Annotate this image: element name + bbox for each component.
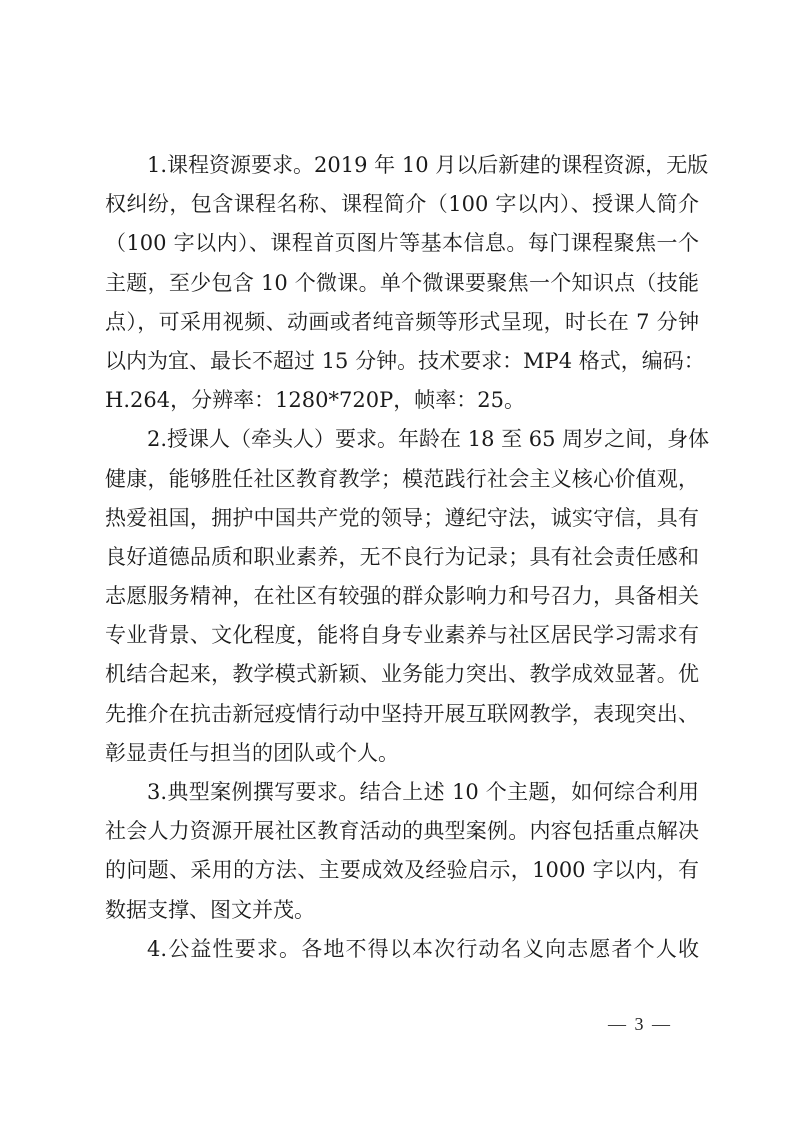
paragraph-course-resource-requirements: 1.课程资源要求。2019 年 10 月以后新建的课程资源，无版 权纠纷，包含课… bbox=[105, 146, 699, 420]
document-body: 1.课程资源要求。2019 年 10 月以后新建的课程资源，无版 权纠纷，包含课… bbox=[105, 146, 699, 969]
text-line: 权纠纷，包含课程名称、课程简介（100 字以内）、授课人简介 bbox=[105, 185, 699, 224]
paragraph-case-writing-requirements: 3.典型案例撰写要求。结合上述 10 个主题，如何综合利用 社会人力资源开展社区… bbox=[105, 773, 699, 930]
text-line: 社会人力资源开展社区教育活动的典型案例。内容包括重点解决 bbox=[105, 812, 699, 851]
text-line: 主题，至少包含 10 个微课。单个微课要聚焦一个知识点（技能 bbox=[105, 264, 699, 303]
paragraph-instructor-requirements: 2.授课人（牵头人）要求。年龄在 18 至 65 周岁之间，身体 健康，能够胜任… bbox=[105, 420, 699, 773]
text-line: 数据支撑、图文并茂。 bbox=[105, 891, 699, 930]
text-line: 健康，能够胜任社区教育教学；模范践行社会主义核心价值观， bbox=[105, 460, 699, 499]
text-line: 点），可采用视频、动画或者纯音频等形式呈现，时长在 7 分钟 bbox=[105, 303, 699, 342]
text-line: 机结合起来，教学模式新颖、业务能力突出、教学成效显著。优 bbox=[105, 655, 699, 694]
text-line: 1.课程资源要求。2019 年 10 月以后新建的课程资源，无版 bbox=[105, 146, 699, 185]
text-line: 彰显责任与担当的团队或个人。 bbox=[105, 734, 699, 773]
page-number: — 3 — bbox=[608, 1014, 672, 1035]
text-line: 热爱祖国，拥护中国共产党的领导；遵纪守法，诚实守信，具有 bbox=[105, 499, 699, 538]
paragraph-public-welfare-requirements: 4.公益性要求。各地不得以本次行动名义向志愿者个人收 bbox=[105, 930, 699, 969]
text-line: 2.授课人（牵头人）要求。年龄在 18 至 65 周岁之间，身体 bbox=[105, 420, 699, 459]
text-line: （100 字以内）、课程首页图片等基本信息。每门课程聚焦一个 bbox=[105, 224, 699, 263]
text-line: 先推介在抗击新冠疫情行动中坚持开展互联网教学，表现突出、 bbox=[105, 695, 699, 734]
text-line: 3.典型案例撰写要求。结合上述 10 个主题，如何综合利用 bbox=[105, 773, 699, 812]
text-line: 志愿服务精神，在社区有较强的群众影响力和号召力，具备相关 bbox=[105, 577, 699, 616]
text-line: 的问题、采用的方法、主要成效及经验启示，1000 字以内，有 bbox=[105, 851, 699, 890]
document-page: 1.课程资源要求。2019 年 10 月以后新建的课程资源，无版 权纠纷，包含课… bbox=[0, 0, 793, 1122]
text-line: 专业背景、文化程度，能将自身专业素养与社区居民学习需求有 bbox=[105, 616, 699, 655]
text-line: 以内为宜、最长不超过 15 分钟。技术要求：MP4 格式，编码： bbox=[105, 342, 699, 381]
text-line: H.264，分辨率：1280*720P，帧率：25。 bbox=[105, 381, 699, 420]
text-line: 良好道德品质和职业素养，无不良行为记录；具有社会责任感和 bbox=[105, 538, 699, 577]
text-line: 4.公益性要求。各地不得以本次行动名义向志愿者个人收 bbox=[105, 930, 699, 969]
